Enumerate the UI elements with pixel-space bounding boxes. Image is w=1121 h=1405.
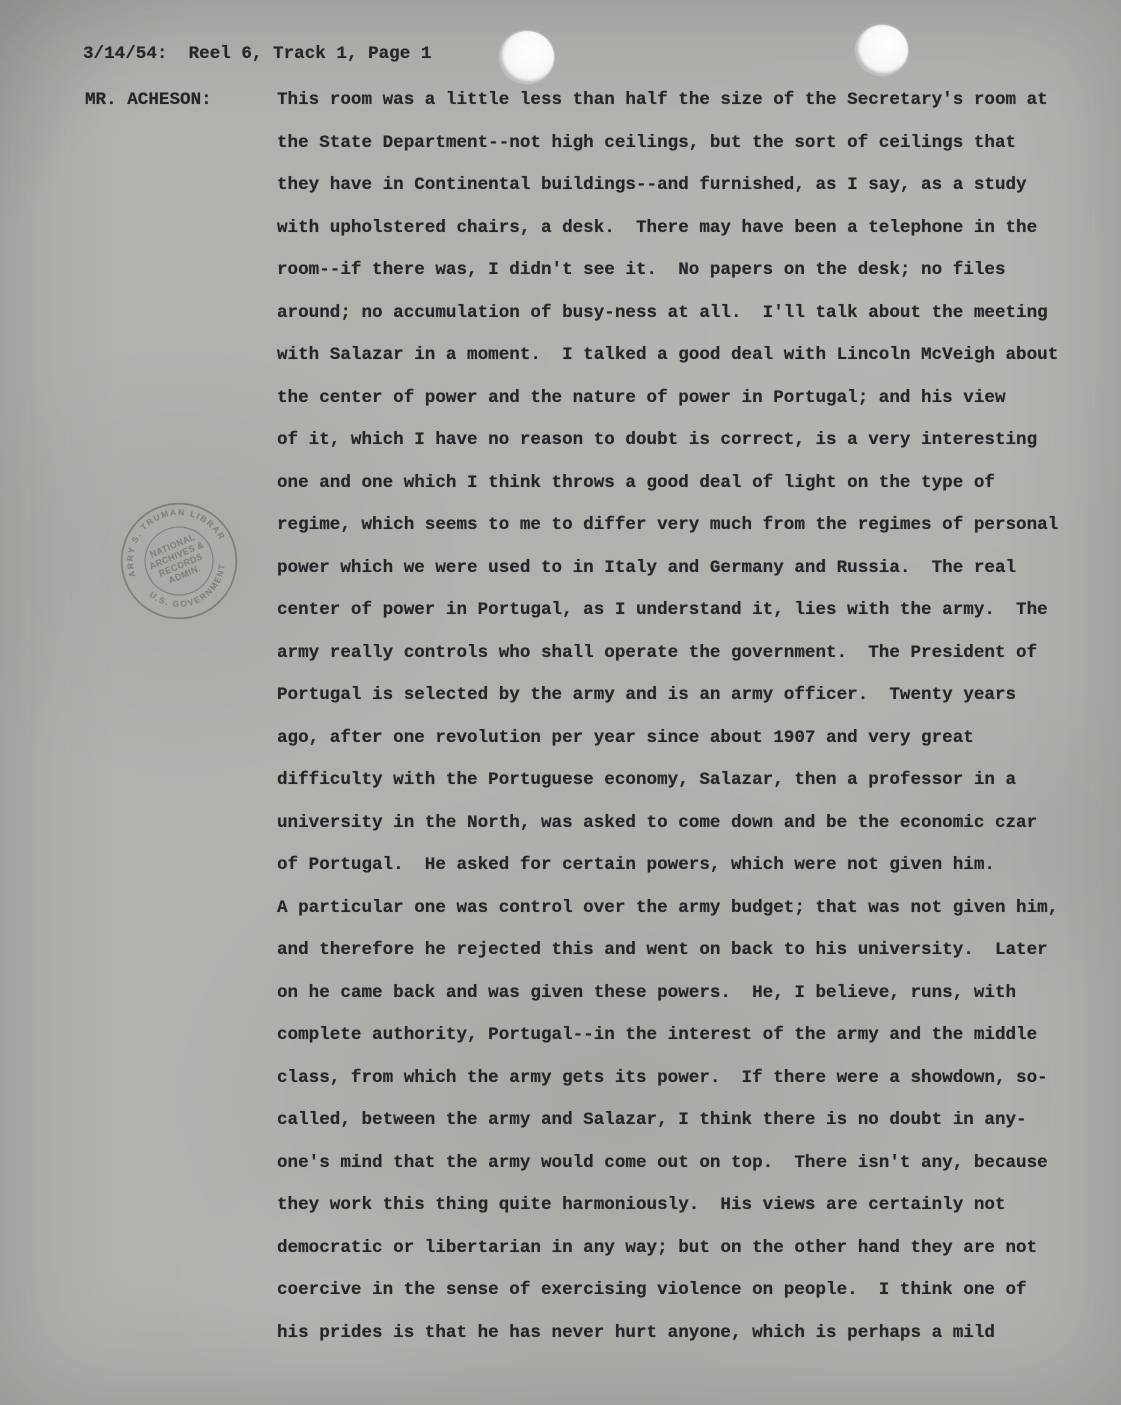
- archive-stamp: HARRY S. TRUMAN LIBRARY U.S. GOVERNMENT …: [83, 465, 274, 656]
- archive-stamp-graphic: HARRY S. TRUMAN LIBRARY U.S. GOVERNMENT …: [83, 465, 274, 656]
- transcript-line: one and one which I think throws a good …: [277, 462, 1097, 505]
- transcript-line: A particular one was control over the ar…: [277, 887, 1097, 930]
- transcript-line: center of power in Portugal, as I unders…: [277, 589, 1097, 632]
- transcript-line: class, from which the army gets its powe…: [277, 1057, 1097, 1100]
- transcript-line: regime, which seems to me to differ very…: [277, 504, 1097, 547]
- transcript-body: This room was a little less than half th…: [277, 79, 1097, 1354]
- punch-hole-left: [500, 31, 554, 83]
- transcript-line: his prides is that he has never hurt any…: [277, 1312, 1097, 1355]
- transcript-line: on he came back and was given these powe…: [277, 972, 1097, 1015]
- transcript-line: called, between the army and Salazar, I …: [277, 1099, 1097, 1142]
- stamp-arc-top-text: HARRY S. TRUMAN LIBRARY: [83, 465, 228, 589]
- transcript-line: the State Department--not high ceilings,…: [277, 122, 1097, 165]
- transcript-line: coercive in the sense of exercising viol…: [277, 1269, 1097, 1312]
- transcript-line: the center of power and the nature of po…: [277, 377, 1097, 420]
- transcript-line: with upholstered chairs, a desk. There m…: [277, 207, 1097, 250]
- speaker-label: MR. ACHESON:: [85, 79, 212, 122]
- transcript-line: of Portugal. He asked for certain powers…: [277, 844, 1097, 887]
- transcript-line: democratic or libertarian in any way; bu…: [277, 1227, 1097, 1270]
- transcript-line: university in the North, was asked to co…: [277, 802, 1097, 845]
- transcript-line: complete authority, Portugal--in the int…: [277, 1014, 1097, 1057]
- transcript-line: they have in Continental buildings--and …: [277, 164, 1097, 207]
- transcript-line: ago, after one revolution per year since…: [277, 717, 1097, 760]
- transcript-line: and therefore he rejected this and went …: [277, 929, 1097, 972]
- transcript-line: room--if there was, I didn't see it. No …: [277, 249, 1097, 292]
- transcript-line: power which we were used to in Italy and…: [277, 547, 1097, 590]
- transcript-line: This room was a little less than half th…: [277, 79, 1097, 122]
- transcript-line: they work this thing quite harmoniously.…: [277, 1184, 1097, 1227]
- document-page: 3/14/54: Reel 6, Track 1, Page 1 MR. ACH…: [0, 0, 1121, 1405]
- transcript-line: one's mind that the army would come out …: [277, 1142, 1097, 1185]
- transcript-line: around; no accumulation of busy-ness at …: [277, 292, 1097, 335]
- punch-hole-right: [856, 25, 908, 75]
- transcript-line: army really controls who shall operate t…: [277, 632, 1097, 675]
- transcript-line: of it, which I have no reason to doubt i…: [277, 419, 1097, 462]
- transcript-line: with Salazar in a moment. I talked a goo…: [277, 334, 1097, 377]
- header-line: 3/14/54: Reel 6, Track 1, Page 1: [83, 42, 431, 66]
- transcript-line: Portugal is selected by the army and is …: [277, 674, 1097, 717]
- transcript-line: difficulty with the Portuguese economy, …: [277, 759, 1097, 802]
